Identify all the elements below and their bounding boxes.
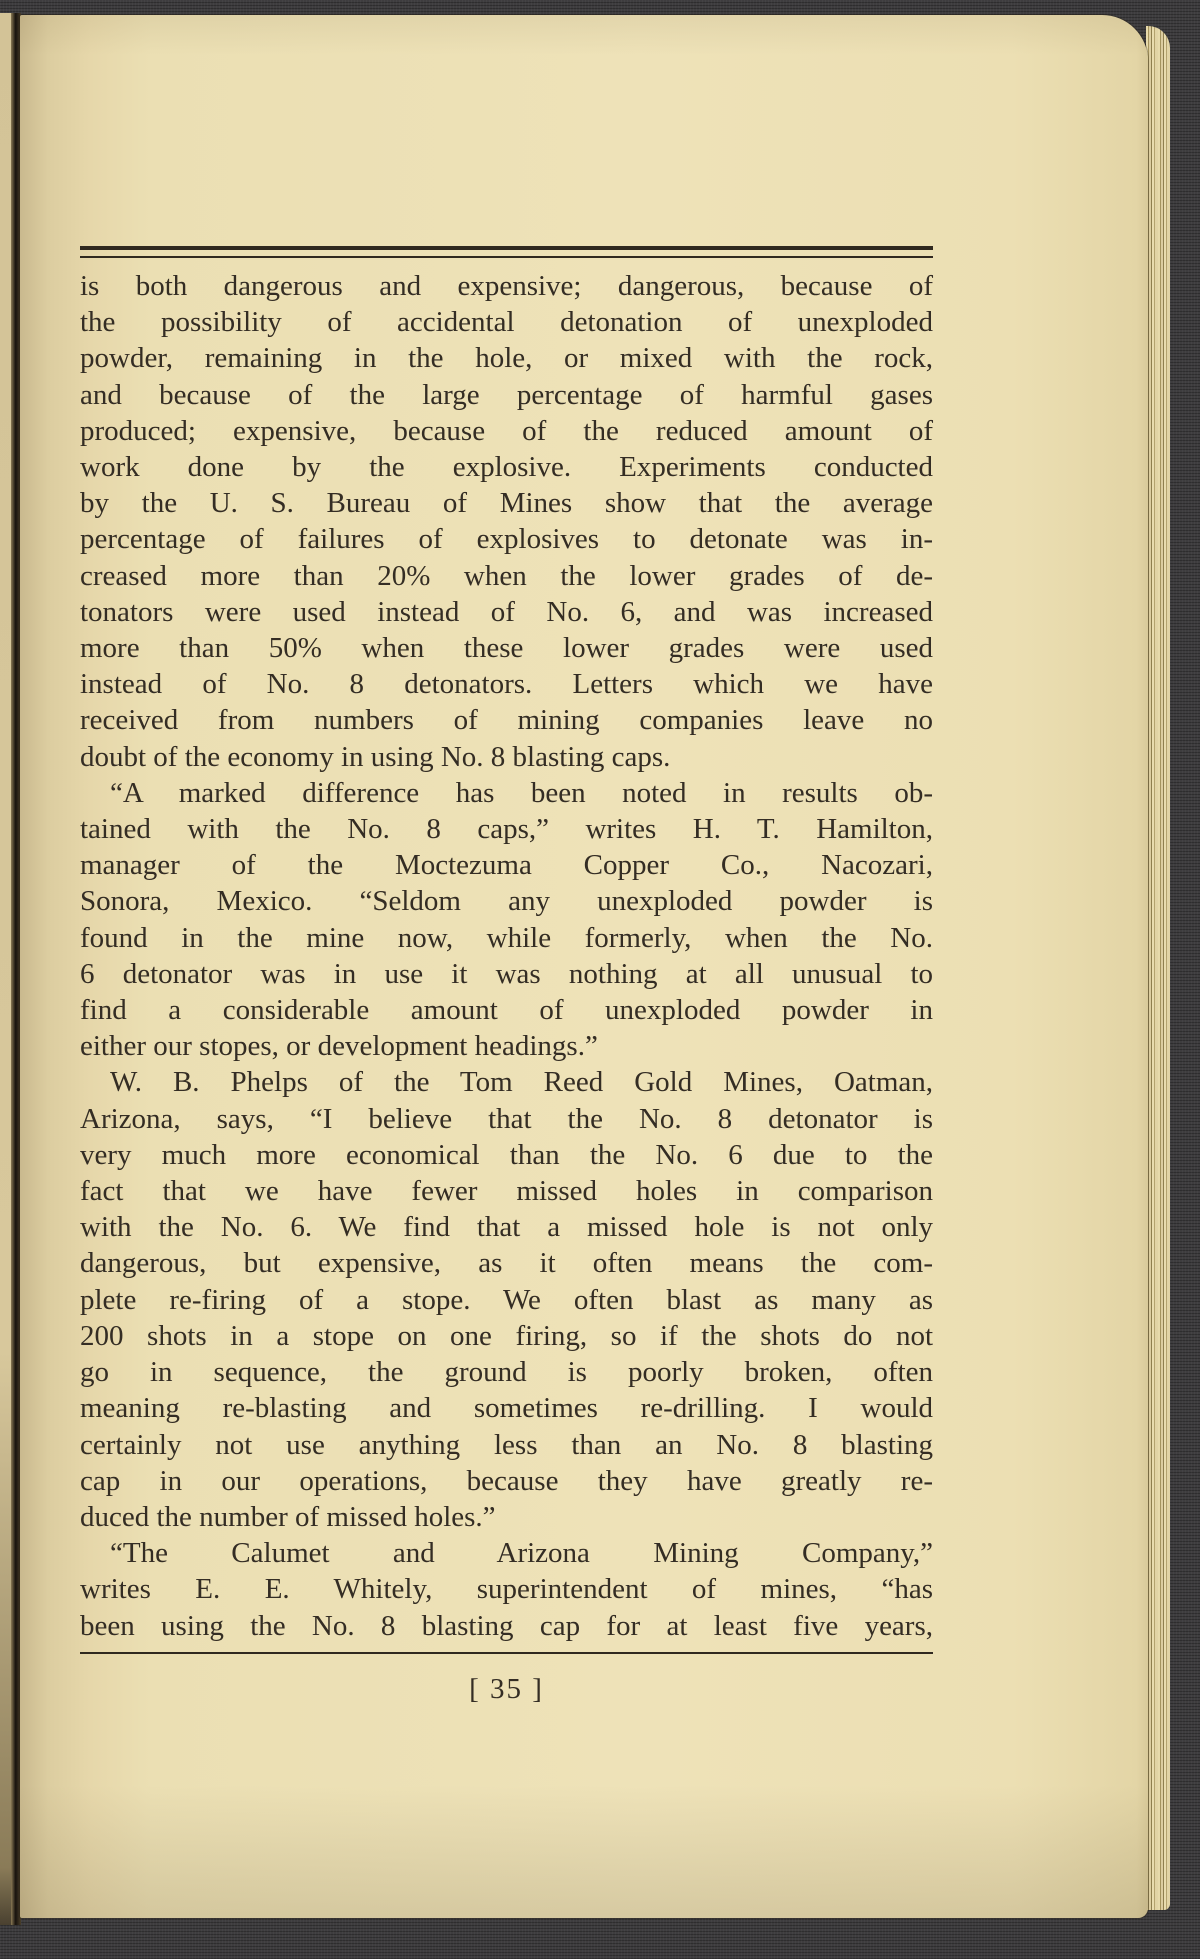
book-background: is both dangerous and expensive; dangero… <box>0 0 1200 1959</box>
text-line: manager of the Moctezuma Copper Co., Nac… <box>80 847 933 883</box>
text-line: cap in our operations, because they have… <box>80 1463 933 1499</box>
text-line: tained with the No. 8 caps,” writes H. T… <box>80 811 933 847</box>
text-line: produced; expensive, because of the redu… <box>80 413 933 449</box>
text-line: more than 50% when these lower grades we… <box>80 630 933 666</box>
top-rule-thin <box>80 256 933 258</box>
text-line: certainly not use anything less than an … <box>80 1427 933 1463</box>
text-line: writes E. E. Whitely, superintendent of … <box>80 1571 933 1607</box>
text-line: work done by the explosive. Experiments … <box>80 449 933 485</box>
text-line: Arizona, says, “I believe that the No. 8… <box>80 1101 933 1137</box>
text-line: powder, remaining in the hole, or mixed … <box>80 340 933 376</box>
text-line: duced the number of missed holes.” <box>80 1499 933 1535</box>
text-line: “The Calumet and Arizona Mining Company,… <box>80 1535 933 1571</box>
text-line: doubt of the economy in using No. 8 blas… <box>80 739 933 775</box>
text-line: and because of the large percentage of h… <box>80 377 933 413</box>
text-line: the possibility of accidental detonation… <box>80 304 933 340</box>
text-line: 200 shots in a stope on one firing, so i… <box>80 1318 933 1354</box>
text-line: find a considerable amount of unexploded… <box>80 992 933 1028</box>
text-line: dangerous, but expensive, as it often me… <box>80 1245 933 1281</box>
text-line: plete re-firing of a stope. We often bla… <box>80 1282 933 1318</box>
text-line: either our stopes, or development headin… <box>80 1028 933 1064</box>
text-line: instead of No. 8 detonators. Letters whi… <box>80 666 933 702</box>
top-rule-thick <box>80 246 933 250</box>
text-line: with the No. 6. We find that a missed ho… <box>80 1209 933 1245</box>
book-page: is both dangerous and expensive; dangero… <box>20 15 1148 1918</box>
facing-page-edge <box>0 13 11 1925</box>
text-block: is both dangerous and expensive; dangero… <box>80 268 933 1644</box>
text-line: been using the No. 8 blasting cap for at… <box>80 1608 933 1644</box>
text-line: creased more than 20% when the lower gra… <box>80 558 933 594</box>
text-line: tonators were used instead of No. 6, and… <box>80 594 933 630</box>
page-edge-stack <box>1146 26 1170 1910</box>
text-line: by the U. S. Bureau of Mines show that t… <box>80 485 933 521</box>
text-line: 6 detonator was in use it was nothing at… <box>80 956 933 992</box>
text-line: “A marked difference has been noted in r… <box>80 775 933 811</box>
page-number: [ 35 ] <box>80 1673 933 1706</box>
text-line: W. B. Phelps of the Tom Reed Gold Mines,… <box>80 1064 933 1100</box>
text-line: found in the mine now, while formerly, w… <box>80 920 933 956</box>
text-line: is both dangerous and expensive; dangero… <box>80 268 933 304</box>
text-line: very much more economical than the No. 6… <box>80 1137 933 1173</box>
text-line: fact that we have fewer missed holes in … <box>80 1173 933 1209</box>
text-line: meaning re-blasting and sometimes re-dri… <box>80 1390 933 1426</box>
text-line: go in sequence, the ground is poorly bro… <box>80 1354 933 1390</box>
text-line: Sonora, Mexico. “Seldom any unexploded p… <box>80 883 933 919</box>
text-line: received from numbers of mining companie… <box>80 702 933 738</box>
text-line: percentage of failures of explosives to … <box>80 521 933 557</box>
bottom-rule <box>80 1652 933 1654</box>
